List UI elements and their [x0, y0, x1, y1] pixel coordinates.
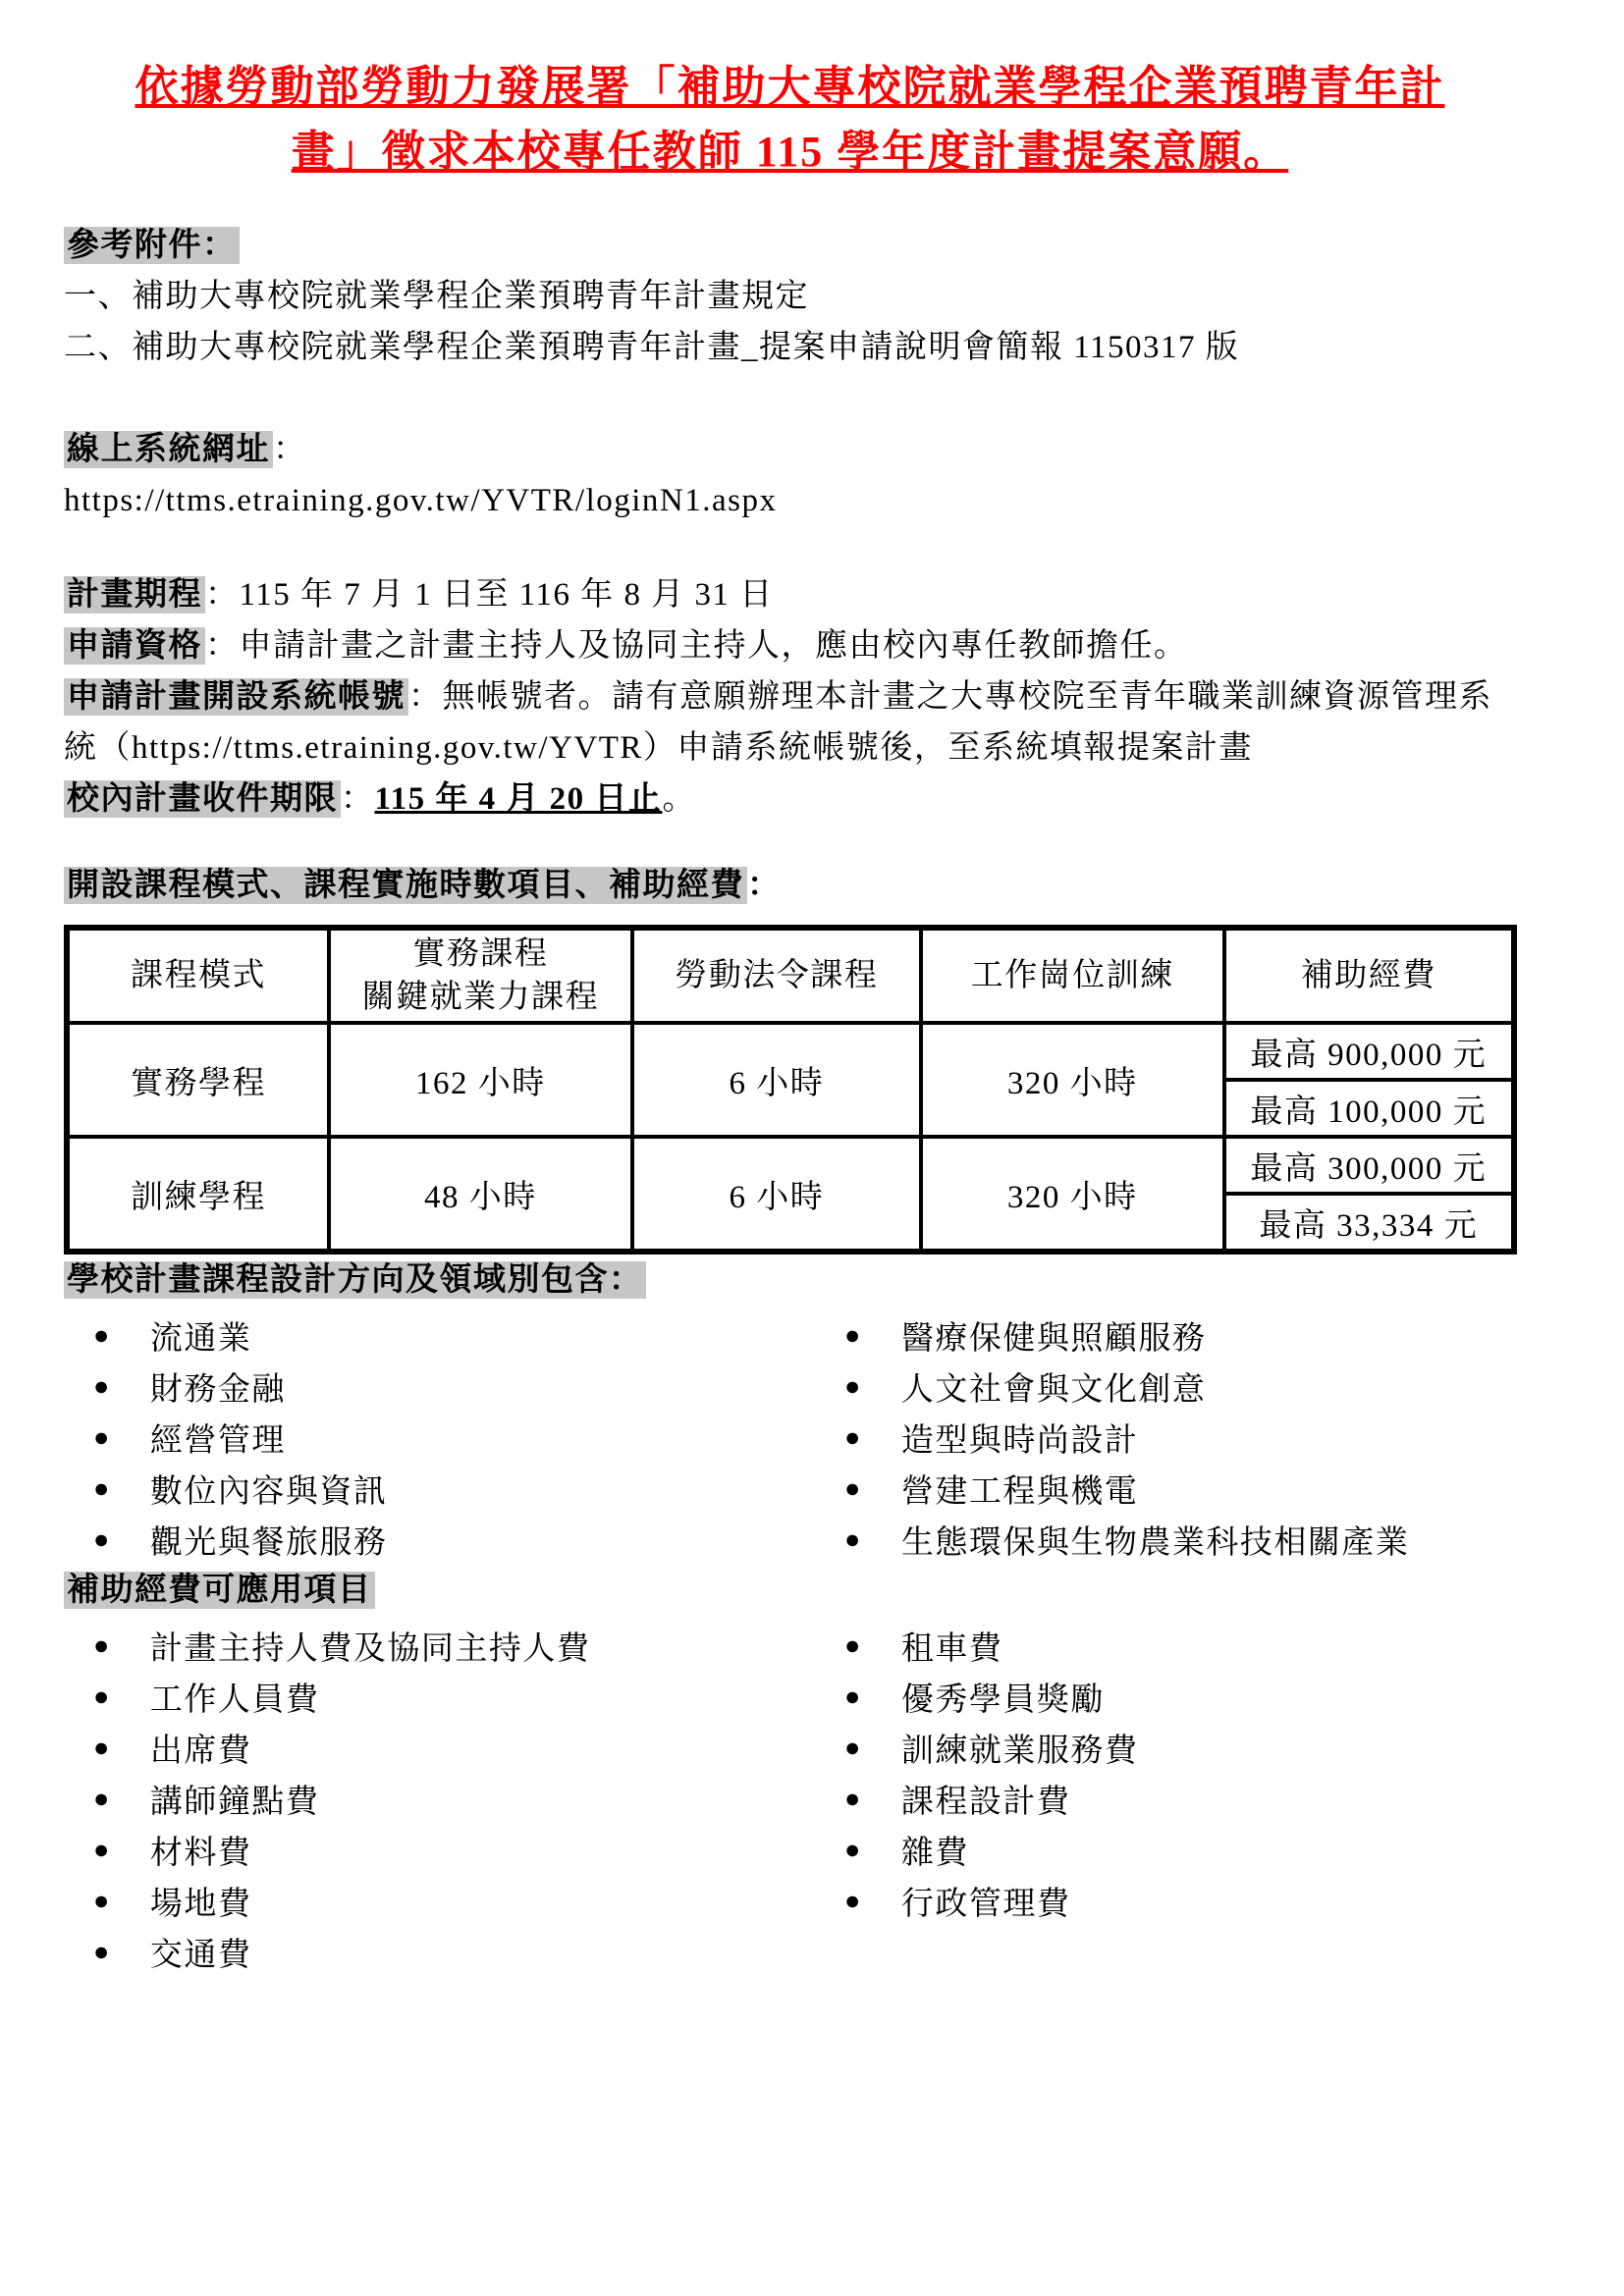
fields-heading: 學校計畫課程設計方向及領域別包含：	[64, 1261, 646, 1299]
schedule-line: 計畫期程：115 年 7 月 1 日至 116 年 8 月 31 日	[64, 569, 1516, 620]
bullet-icon: ●	[93, 1373, 111, 1400]
attachment-item-2: 二、補助大專校院就業學程企業預聘青年計畫_提案申請說明會簡報 1150317 版	[64, 322, 1516, 373]
course-table: 課程模式 實務課程 關鍵就業力課程 勞動法令課程 工作崗位訓練 補助經費 實務學…	[64, 925, 1517, 1255]
page-title-line-1: 依據勞動部勞動力發展署「補助大專校院就業學程企業預聘青年計	[64, 55, 1516, 120]
attachments-label: 參考附件：	[64, 227, 240, 264]
bullet-icon: ●	[93, 1632, 111, 1659]
schedule-value: 115 年 7 月 1 日至 116 年 8 月 31 日	[240, 577, 774, 613]
table-row-training: 訓練學程 48 小時 6 小時 320 小時 最高 300,000 元	[67, 1137, 1514, 1194]
list-item: ●場地費	[64, 1875, 844, 1926]
bullet-icon: ●	[844, 1632, 862, 1659]
bullet-icon: ●	[844, 1475, 862, 1502]
bullet-icon: ●	[844, 1373, 862, 1400]
course-table-heading-line: 開設課程模式、課程實施時數項目、補助經費：	[64, 860, 1516, 911]
bullet-icon: ●	[93, 1837, 111, 1863]
online-system-label-line: 線上系統網址：	[64, 424, 1516, 475]
table-row-practical: 實務學程 162 小時 6 小時 320 小時 最高 900,000 元	[67, 1023, 1514, 1080]
bullet-icon: ●	[93, 1322, 111, 1349]
bullet-icon: ●	[844, 1683, 862, 1710]
fields-heading-line: 學校計畫課程設計方向及領域別包含：	[64, 1255, 1516, 1306]
list-item: ●醫療保健與照顧服務	[844, 1309, 1516, 1361]
bullet-icon: ●	[93, 1735, 111, 1761]
cell-mode-training: 訓練學程	[67, 1137, 329, 1252]
deadline-label: 校內計畫收件期限	[64, 780, 341, 818]
cell-subsidy-2: 最高 33,334 元	[1224, 1194, 1514, 1252]
cell-onjob-hours: 320 小時	[921, 1137, 1224, 1252]
list-item: ●訓練就業服務費	[844, 1722, 1516, 1773]
list-item: ●觀光與餐旅服務	[64, 1514, 844, 1565]
list-item: ●生態環保與生物農業科技相關產業	[844, 1514, 1516, 1565]
list-item: ●雜費	[844, 1824, 1516, 1875]
page-title-line-2: 畫」徵求本校專任教師 115 學年度計畫提案意願。	[64, 120, 1516, 185]
cell-subsidy-2: 最高 100,000 元	[1224, 1080, 1514, 1137]
header-onjob-training: 工作崗位訓練	[921, 928, 1224, 1023]
eligibility-line: 申請資格：申請計畫之計畫主持人及協同主持人，應由校內專任教師擔任。	[64, 620, 1516, 671]
header-practical-course: 實務課程 關鍵就業力課程	[329, 928, 632, 1023]
bullet-icon: ●	[844, 1786, 862, 1812]
fields-left-column: ●流通業 ●財務金融 ●經營管理 ●數位內容與資訊 ●觀光與餐旅服務	[64, 1309, 844, 1565]
list-item: ●造型與時尚設計	[844, 1412, 1516, 1463]
cell-practical-hours: 48 小時	[329, 1137, 632, 1252]
bullet-icon: ●	[93, 1888, 111, 1914]
cell-law-hours: 6 小時	[632, 1137, 921, 1252]
fields-right-column: ●醫療保健與照顧服務 ●人文社會與文化創意 ●造型與時尚設計 ●營建工程與機電 …	[844, 1309, 1516, 1565]
account-label: 申請計畫開設系統帳號	[64, 678, 408, 716]
header-labor-law-course: 勞動法令課程	[632, 928, 921, 1023]
bullet-icon: ●	[93, 1939, 111, 1965]
cell-onjob-hours: 320 小時	[921, 1023, 1224, 1137]
document-page: 依據勞動部勞動力發展署「補助大專校院就業學程企業預聘青年計 畫」徵求本校專任教師…	[0, 0, 1624, 2296]
deadline-value: 115 年 4 月 20 日止	[375, 781, 663, 817]
list-item: ●流通業	[64, 1309, 844, 1361]
list-item: ●財務金融	[64, 1361, 844, 1412]
bullet-icon: ●	[93, 1424, 111, 1451]
expenses-bullet-columns: ●計畫主持人費及協同主持人費 ●工作人員費 ●出席費 ●講師鐘點費 ●材料費 ●…	[64, 1620, 1516, 1977]
expenses-right-column: ●租車費 ●優秀學員獎勵 ●訓練就業服務費 ●課程設計費 ●雜費 ●行政管理費	[844, 1620, 1516, 1977]
list-item: ●數位內容與資訊	[64, 1463, 844, 1514]
list-item: ●講師鐘點費	[64, 1773, 844, 1824]
bullet-icon: ●	[93, 1683, 111, 1710]
bullet-icon: ●	[844, 1837, 862, 1863]
fields-bullet-columns: ●流通業 ●財務金融 ●經營管理 ●數位內容與資訊 ●觀光與餐旅服務 ●醫療保健…	[64, 1309, 1516, 1565]
list-item: ●出席費	[64, 1722, 844, 1773]
schedule-label: 計畫期程	[64, 576, 205, 614]
online-system-colon: ：	[273, 432, 307, 467]
expenses-heading-line: 補助經費可應用項目	[64, 1565, 1516, 1616]
deadline-line: 校內計畫收件期限：115 年 4 月 20 日止。	[64, 774, 1516, 825]
header-subsidy: 補助經費	[1224, 928, 1514, 1023]
expenses-left-column: ●計畫主持人費及協同主持人費 ●工作人員費 ●出席費 ●講師鐘點費 ●材料費 ●…	[64, 1620, 844, 1977]
list-item: ●優秀學員獎勵	[844, 1671, 1516, 1722]
attachment-item-1: 一、補助大專校院就業學程企業預聘青年計畫規定	[64, 271, 1516, 322]
eligibility-value: 申請計畫之計畫主持人及協同主持人，應由校內專任教師擔任。	[240, 628, 1188, 664]
header-course-mode: 課程模式	[67, 928, 329, 1023]
list-item: ●租車費	[844, 1620, 1516, 1671]
list-item: ●營建工程與機電	[844, 1463, 1516, 1514]
bullet-icon: ●	[93, 1475, 111, 1502]
bullet-icon: ●	[844, 1424, 862, 1451]
course-table-heading: 開設課程模式、課程實施時數項目、補助經費	[64, 867, 747, 904]
cell-subsidy-1: 最高 900,000 元	[1224, 1023, 1514, 1080]
cell-subsidy-1: 最高 300,000 元	[1224, 1137, 1514, 1194]
list-item: ●交通費	[64, 1926, 844, 1977]
cell-mode-practical: 實務學程	[67, 1023, 329, 1137]
cell-law-hours: 6 小時	[632, 1023, 921, 1137]
online-system-url: https://ttms.etraining.gov.tw/YVTR/login…	[64, 475, 1516, 526]
online-system-label: 線上系統網址	[64, 431, 273, 468]
list-item: ●課程設計費	[844, 1773, 1516, 1824]
list-item: ●工作人員費	[64, 1671, 844, 1722]
bullet-icon: ●	[844, 1888, 862, 1914]
account-line: 申請計畫開設系統帳號：無帳號者。請有意願辦理本計畫之大專校院至青年職業訓練資源管…	[64, 671, 1516, 774]
list-item: ●行政管理費	[844, 1875, 1516, 1926]
table-header-row: 課程模式 實務課程 關鍵就業力課程 勞動法令課程 工作崗位訓練 補助經費	[67, 928, 1514, 1023]
bullet-icon: ●	[93, 1786, 111, 1812]
bullet-icon: ●	[844, 1526, 862, 1553]
cell-practical-hours: 162 小時	[329, 1023, 632, 1137]
list-item: ●人文社會與文化創意	[844, 1361, 1516, 1412]
expenses-heading: 補助經費可應用項目	[64, 1572, 375, 1609]
eligibility-label: 申請資格	[64, 627, 205, 665]
bullet-icon: ●	[93, 1526, 111, 1553]
page-title: 依據勞動部勞動力發展署「補助大專校院就業學程企業預聘青年計 畫」徵求本校專任教師…	[64, 55, 1516, 185]
list-item: ●計畫主持人費及協同主持人費	[64, 1620, 844, 1671]
list-item: ●材料費	[64, 1824, 844, 1875]
list-item: ●經營管理	[64, 1412, 844, 1463]
bullet-icon: ●	[844, 1735, 862, 1761]
attachments-label-line: 參考附件：	[64, 220, 1516, 271]
bullet-icon: ●	[844, 1322, 862, 1349]
